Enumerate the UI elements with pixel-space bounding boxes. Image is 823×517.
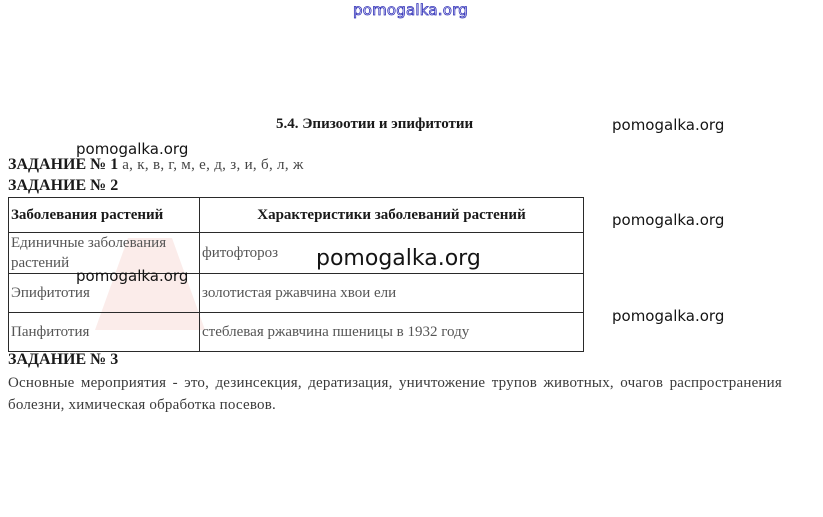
section-title: 5.4. Эпизоотии и эпифитотии bbox=[276, 116, 473, 133]
task1-answer: а, к, в, г, м, е, д, з, и, б, л, ж bbox=[122, 157, 303, 173]
watermark-left-table: pomogalka.org bbox=[76, 267, 188, 285]
table-cell: Панфитотия bbox=[9, 313, 200, 352]
watermark-right-table-2: pomogalka.org bbox=[612, 307, 724, 325]
task1-line: ЗАДАНИЕ № 1 а, к, в, г, м, е, д, з, и, б… bbox=[8, 156, 304, 174]
table-cell: стеблевая ржавчина пшеницы в 1932 году bbox=[200, 313, 584, 352]
task3-text: Основные мероприятия - это, дезинсекция,… bbox=[8, 372, 782, 416]
table-header-cell: Заболевания растений bbox=[9, 198, 200, 233]
table-header-cell: Характеристики заболеваний растений bbox=[200, 198, 584, 233]
table-row: Панфитотия стеблевая ржавчина пшеницы в … bbox=[9, 313, 584, 352]
watermark-right-table-1: pomogalka.org bbox=[612, 211, 724, 229]
task3-label: ЗАДАНИЕ № 3 bbox=[8, 351, 118, 369]
table-cell: золотистая ржавчина хвои ели bbox=[200, 274, 584, 313]
watermark-center-table: pomogalka.org bbox=[316, 246, 481, 271]
watermark-right-title: pomogalka.org bbox=[612, 116, 724, 134]
task2-label: ЗАДАНИЕ № 2 bbox=[8, 177, 118, 195]
watermark-top[interactable]: pomogalka.org bbox=[353, 1, 468, 19]
task1-label: ЗАДАНИЕ № 1 bbox=[8, 156, 118, 173]
table-header-row: Заболевания растений Характеристики забо… bbox=[9, 198, 584, 233]
